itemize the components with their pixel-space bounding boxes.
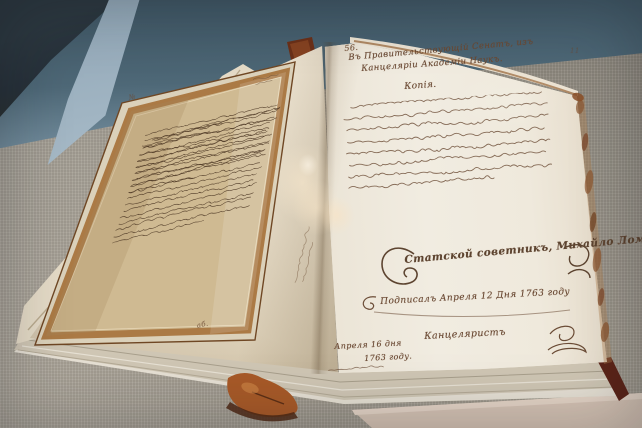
museum-photo: аб. № 56. 11 Въ Правительствующій Сенатъ… <box>0 0 642 428</box>
photo-vignette <box>0 0 642 428</box>
